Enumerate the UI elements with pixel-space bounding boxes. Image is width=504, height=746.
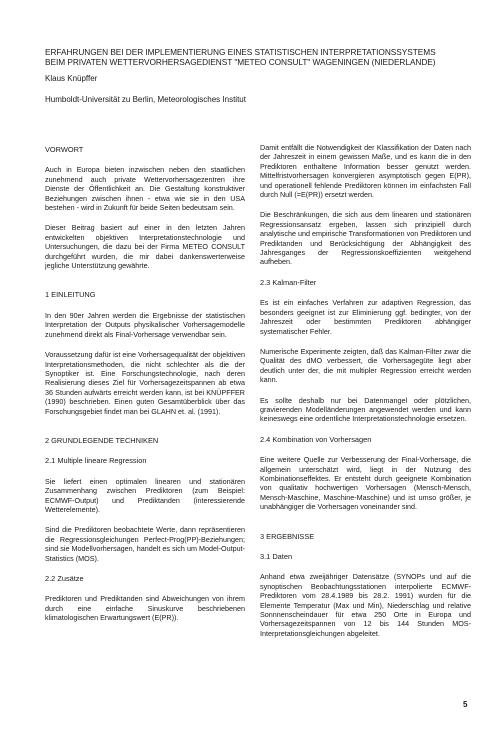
paragraph: Es ist ein einfaches Verfahren zur adapt…	[260, 298, 471, 336]
author: Klaus Knüpffer	[45, 74, 97, 84]
heading-vorwort: VORWORT	[45, 145, 245, 154]
heading-multiple-regression: 2.1 Multiple lineare Regression	[45, 456, 245, 465]
affiliation: Humboldt-Universität zu Berlin, Meteorol…	[45, 95, 246, 105]
paragraph: In den 90er Jahren werden die Ergebnisse…	[45, 311, 245, 339]
heading-einleitung: 1 EINLEITUNG	[45, 290, 245, 299]
paragraph: Anhand etwa zweijähriger Datensätze (SYN…	[260, 572, 471, 638]
paragraph: Dieser Beitrag basiert auf einer in den …	[45, 223, 245, 270]
left-column: VORWORT Auch in Europa bieten inzwischen…	[45, 145, 245, 634]
paragraph: Sie liefert einen optimalen linearen und…	[45, 477, 245, 515]
title-line-2: BEIM PRIVATEN WETTERVORHERSAGEDIENST "ME…	[45, 57, 485, 67]
right-column: Damit entfällt die Notwendigkeit der Kla…	[260, 143, 471, 649]
paragraph: Eine weitere Quelle zur Verbesserung der…	[260, 455, 471, 511]
paragraph: Sind die Prediktoren beobachtete Werte, …	[45, 525, 245, 563]
heading-kalman-filter: 2.3 Kalman-Filter	[260, 278, 471, 287]
paragraph: Numerische Experimente zeigten, daß das …	[260, 347, 471, 385]
heading-kombination: 2.4 Kombination von Vorhersagen	[260, 435, 471, 444]
title-line-1: ERFAHRUNGEN BEI DER IMPLEMENTIERUNG EINE…	[45, 47, 485, 57]
paragraph: Auch in Europa bieten inzwischen neben d…	[45, 165, 245, 212]
paper-title: ERFAHRUNGEN BEI DER IMPLEMENTIERUNG EINE…	[45, 47, 485, 67]
paragraph: Es sollte deshalb nur bei Datenmangel od…	[260, 396, 471, 424]
page-number: 5	[463, 700, 467, 709]
heading-ergebnisse: 3 ERGEBNISSE	[260, 532, 471, 541]
paragraph: Die Beschränkungen, die sich aus dem lin…	[260, 210, 471, 266]
paragraph: Voraussetzung dafür ist eine Vorhersageq…	[45, 350, 245, 416]
paragraph: Damit entfällt die Notwendigkeit der Kla…	[260, 143, 471, 199]
heading-zusaetze: 2.2 Zusätze	[45, 574, 245, 583]
heading-grundlegende-techniken: 2 GRUNDLEGENDE TECHNIKEN	[45, 436, 245, 445]
heading-daten: 3.1 Daten	[260, 552, 471, 561]
paragraph: Prediktoren und Prediktanden sind Abweic…	[45, 594, 245, 622]
